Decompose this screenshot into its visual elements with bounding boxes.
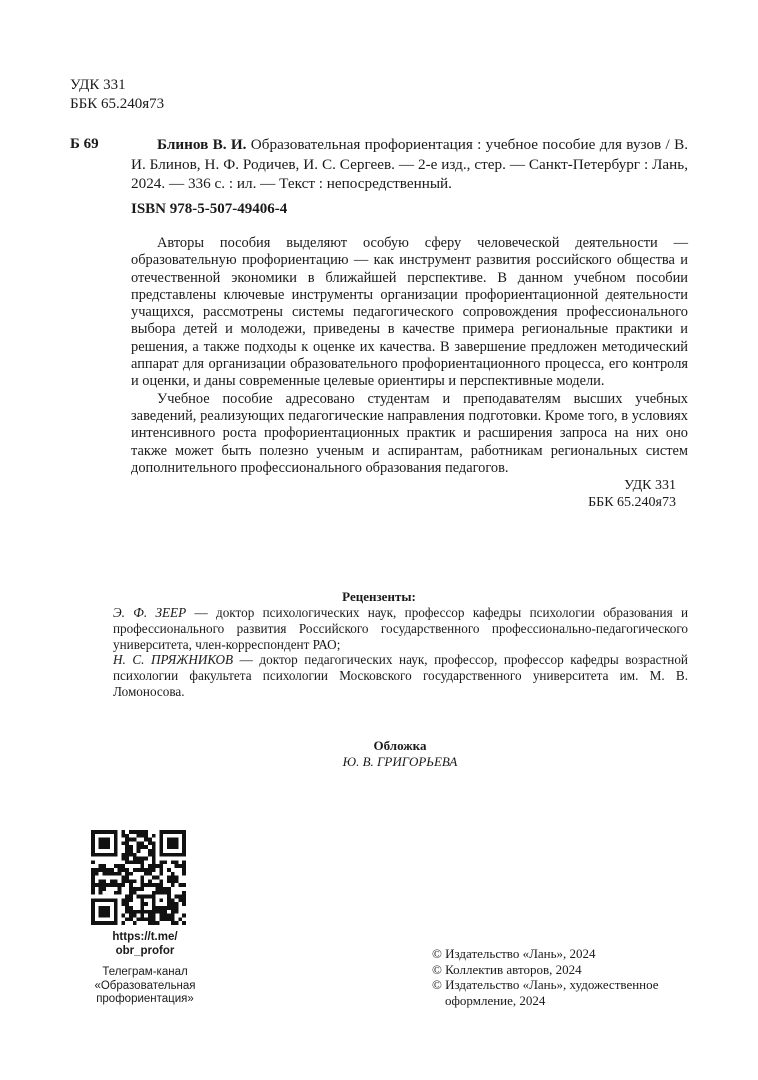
caption-line: Телеграм-канал bbox=[70, 966, 220, 980]
reviewers-heading: Рецензенты: bbox=[0, 589, 758, 605]
reviewers-list: Э. Ф. ЗЕЕР — доктор психологических наук… bbox=[113, 605, 688, 700]
telegram-url-line: obr_profor bbox=[70, 944, 220, 958]
abstract-paragraph: Авторы пособия выделяют особую сферу чел… bbox=[131, 235, 688, 391]
author-name: Блинов В. И. bbox=[157, 136, 246, 153]
bibliographic-record: Блинов В. И. Образовательная профориента… bbox=[131, 135, 688, 194]
bbk-code-right: ББК 65.240я73 bbox=[500, 494, 676, 511]
cover-heading: Обложка bbox=[0, 738, 758, 754]
caption-line: «Образовательная bbox=[70, 980, 220, 994]
author-mark: Б 69 bbox=[70, 135, 99, 153]
reviewer-name: Э. Ф. ЗЕЕР bbox=[113, 605, 186, 620]
qr-code-icon[interactable] bbox=[91, 830, 186, 925]
telegram-caption: Телеграм-канал «Образовательная профорие… bbox=[70, 966, 220, 1007]
telegram-url-line: https://t.me/ bbox=[70, 930, 220, 944]
telegram-link[interactable]: https://t.me/ obr_profor bbox=[70, 930, 220, 958]
isbn: ISBN 978-5-507-49406-4 bbox=[131, 200, 287, 218]
reviewer-entry: Э. Ф. ЗЕЕР — доктор психологических наук… bbox=[113, 605, 688, 652]
udk-code-right: УДК 331 bbox=[500, 477, 676, 494]
copyright-line: © Коллектив авторов, 2024 bbox=[432, 962, 702, 978]
udk-code: УДК 331 bbox=[70, 76, 126, 94]
copyright-line: © Издательство «Лань», художественное оф… bbox=[432, 977, 702, 1008]
reviewer-name: Н. С. ПРЯЖНИКОВ bbox=[113, 652, 233, 667]
reviewer-description: — доктор психологических наук, профессор… bbox=[113, 605, 688, 652]
abstract-paragraph: Учебное пособие адресовано студентам и п… bbox=[131, 391, 688, 477]
classification-block: УДК 331 ББК 65.240я73 bbox=[500, 477, 676, 511]
copyright-line: © Издательство «Лань», 2024 bbox=[432, 946, 702, 962]
bbk-code: ББК 65.240я73 bbox=[70, 95, 164, 113]
reviewer-entry: Н. С. ПРЯЖНИКОВ — доктор педагогических … bbox=[113, 652, 688, 699]
cover-artist: Ю. В. ГРИГОРЬЕВА bbox=[0, 754, 758, 770]
abstract: Авторы пособия выделяют особую сферу чел… bbox=[131, 235, 688, 477]
copyright-block: © Издательство «Лань», 2024 © Коллектив … bbox=[432, 946, 702, 1008]
caption-line: профориентация» bbox=[70, 993, 220, 1007]
